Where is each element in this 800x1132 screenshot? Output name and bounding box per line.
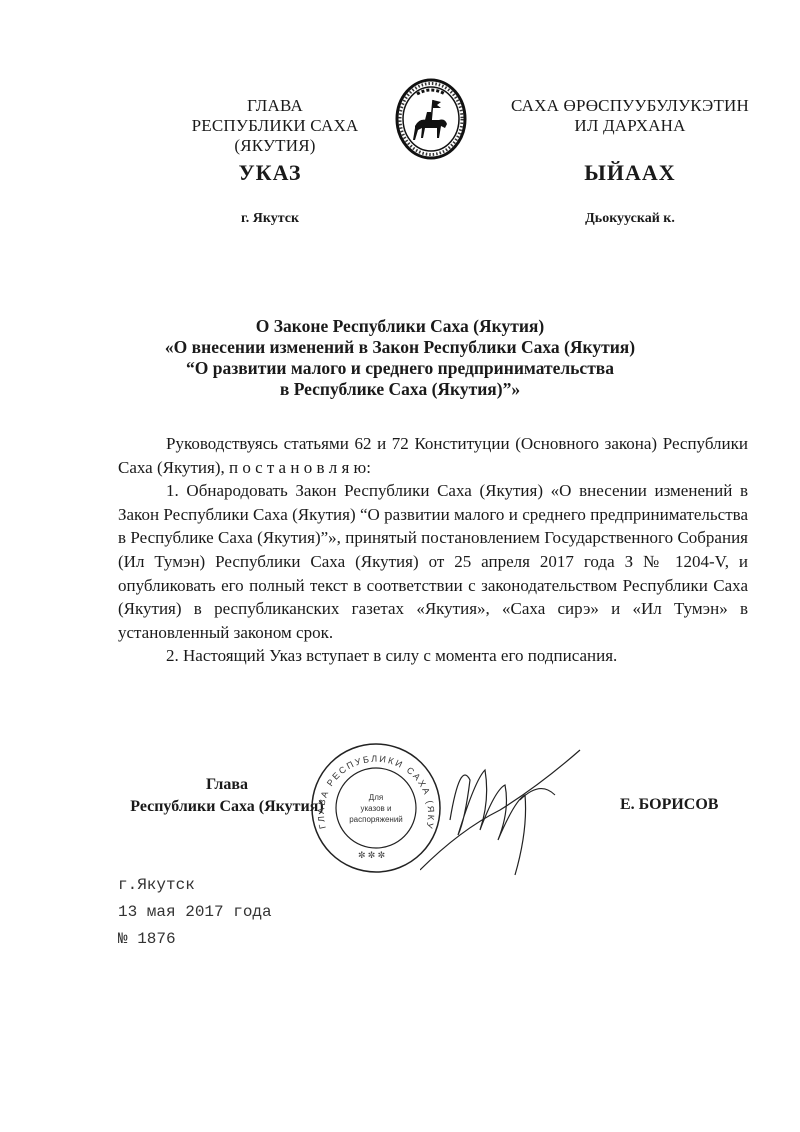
registration-number: № 1876 [118, 926, 272, 953]
svg-text:указов и: указов и [360, 804, 391, 813]
svg-text:распоряжений: распоряжений [349, 815, 403, 824]
issuer-left: ГЛАВА РЕСПУБЛИКИ САХА (ЯКУТИЯ) [150, 96, 400, 156]
svg-text:Для: Для [369, 793, 383, 802]
title-line: «О внесении изменений в Закон Республики… [100, 337, 700, 358]
document-body: Руководствуясь статьями 62 и 72 Конститу… [118, 432, 748, 668]
title-line: О Законе Республики Саха (Якутия) [100, 316, 700, 337]
issuer-left-line1: ГЛАВА [150, 96, 400, 116]
svg-text:✼ ✼ ✼: ✼ ✼ ✼ [358, 850, 385, 860]
preamble: Руководствуясь статьями 62 и 72 Конститу… [118, 432, 748, 479]
coat-of-arms-icon [395, 78, 467, 160]
title-line: “О развитии малого и среднего предприним… [100, 358, 700, 379]
registration-block: г.Якутск 13 мая 2017 года № 1876 [118, 872, 272, 953]
document-title: О Законе Республики Саха (Якутия) «О вне… [100, 316, 700, 400]
issuer-right-line1: САХА ӨРӨСПУУБУЛУКЭТИН [490, 96, 770, 116]
issuer-left-line2: РЕСПУБЛИКИ САХА (ЯКУТИЯ) [150, 116, 400, 156]
decree-label-ru: УКАЗ [150, 160, 390, 186]
issuer-right: САХА ӨРӨСПУУБУЛУКЭТИН ИЛ ДАРХАНА [490, 96, 770, 136]
decree-label-sakha: ЫЙААХ [510, 160, 750, 186]
title-line: в Республике Саха (Якутия)”» [100, 379, 700, 400]
registration-city: г.Якутск [118, 872, 272, 899]
clause-1: 1. Обнародовать Закон Республики Саха (Я… [118, 479, 748, 644]
clause-2: 2. Настоящий Указ вступает в силу с моме… [118, 644, 748, 668]
city-ru: г. Якутск [150, 211, 390, 227]
handwritten-signature [420, 740, 600, 880]
signatory-name: Е. БОРИСОВ [620, 796, 718, 814]
city-sakha: Дьокуускай к. [510, 211, 750, 227]
registration-date: 13 мая 2017 года [118, 899, 272, 926]
issuer-right-line2: ИЛ ДАРХАНА [490, 116, 770, 136]
